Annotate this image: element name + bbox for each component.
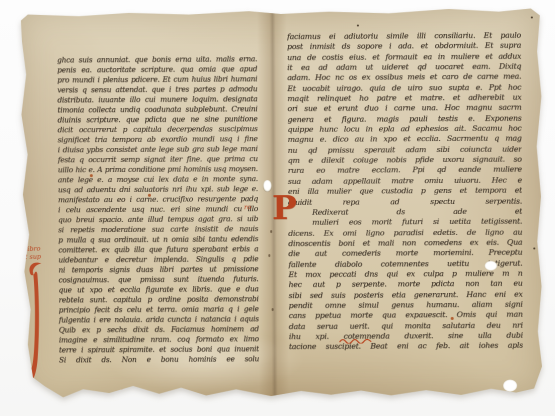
rubricated-initial-i bbox=[26, 261, 45, 393]
speck bbox=[533, 247, 535, 249]
right-page-paragraph-1: faciamus ei adiutoriu simile illi consil… bbox=[287, 31, 522, 208]
edge-notch bbox=[503, 380, 517, 392]
text-line: mulieri eos morit futuri si uetita tetig… bbox=[288, 217, 522, 229]
binding-hole bbox=[263, 180, 272, 192]
sewing-mark bbox=[268, 254, 270, 257]
sewing-mark bbox=[270, 230, 272, 233]
red-margin-gloss: Libro2 sup bbox=[23, 245, 58, 261]
red-wavy-underline bbox=[339, 337, 373, 343]
speck bbox=[90, 174, 93, 177]
speck bbox=[121, 389, 124, 392]
speck bbox=[357, 25, 359, 27]
rubricated-initial-p: P bbox=[272, 191, 297, 224]
text-line: Si dixit ds. Non e bonu hominis ee solu bbox=[59, 354, 259, 365]
wormhole bbox=[484, 261, 497, 271]
parchment-bifolium: ghca suis annuniat. que bonis erna uita.… bbox=[19, 6, 543, 401]
parchment-sheet: ghca suis annuniat. que bonis erna uita.… bbox=[19, 6, 543, 399]
text-line: tacione suscipiet. Beat eni ac feb. ait … bbox=[289, 341, 523, 353]
speck bbox=[148, 194, 151, 197]
gloss-line: 2 sup bbox=[23, 252, 57, 261]
speck bbox=[531, 16, 533, 18]
left-page-text: ghca suis annuniat. que bonis erna uita.… bbox=[57, 54, 259, 365]
speck bbox=[451, 317, 454, 320]
text-line: eni illa mulier que custodia p gens et t… bbox=[288, 186, 522, 198]
sewing-mark bbox=[272, 308, 274, 311]
right-page-paragraph-2: Redixerat ds ade etmulieri eos morit fut… bbox=[288, 206, 523, 352]
right-page-text: faciamus ei adiutoriu simile illi consil… bbox=[287, 31, 523, 353]
red-correction-note: ro bbox=[244, 203, 251, 211]
manuscript-photo: ghca suis annuniat. que bonis erna uita.… bbox=[0, 0, 555, 416]
